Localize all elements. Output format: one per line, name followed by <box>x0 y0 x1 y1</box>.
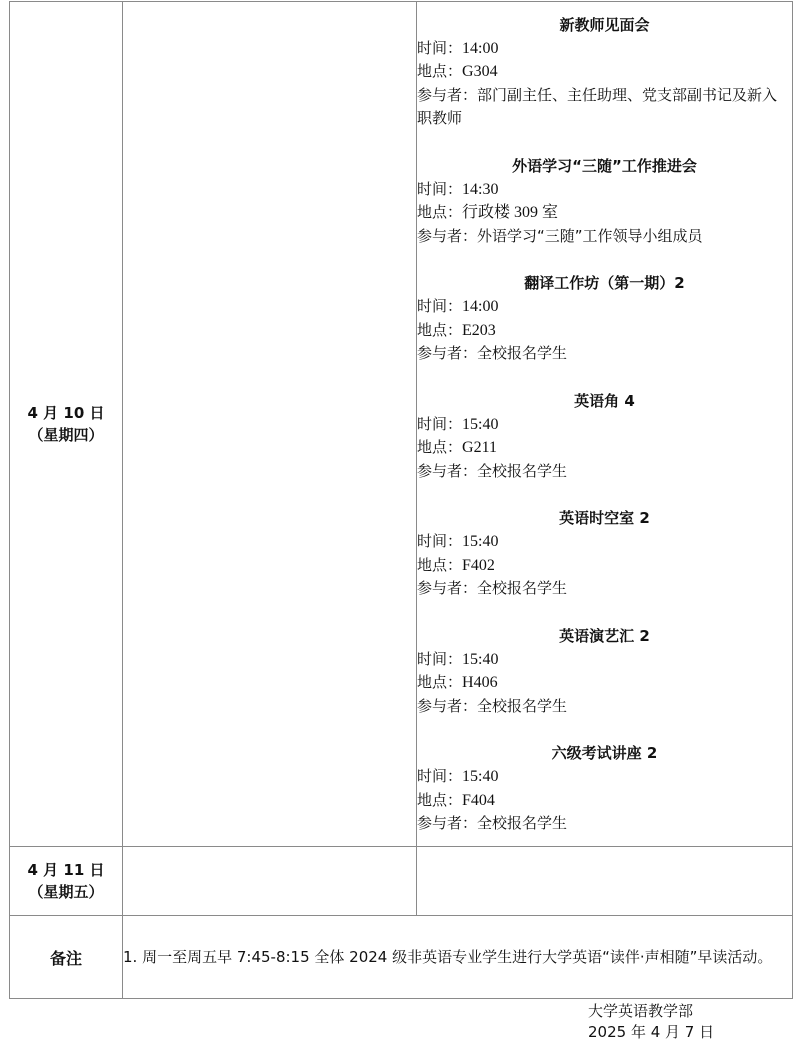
event-time: 时间：15:40 <box>417 765 792 789</box>
event-title: 新教师见面会 <box>417 13 792 37</box>
notes-text: 1. 周一至周五早 7:45-8:15 全体 2024 级非英语专业学生进行大学… <box>123 916 793 999</box>
event-time: 时间：15:40 <box>417 530 792 554</box>
event-title: 外语学习“三随”工作推进会 <box>417 154 792 178</box>
event-title: 六级考试讲座 2 <box>417 741 792 765</box>
event-item: 英语角 4 时间：15:40 地点：G211 参与者：全校报名学生 <box>417 389 792 484</box>
weekday-label: （星期五） <box>10 881 122 903</box>
event-place: 地点：行政楼 309 室 <box>417 201 792 225</box>
event-attendees: 参与者：全校报名学生 <box>417 695 792 719</box>
event-place: 地点：G211 <box>417 436 792 460</box>
event-item: 翻译工作坊（第一期）2 时间：14:00 地点：E203 参与者：全校报名学生 <box>417 271 792 366</box>
date-cell: 4 月 11 日 （星期五） <box>10 847 123 916</box>
event-item: 英语时空室 2 时间：15:40 地点：F402 参与者：全校报名学生 <box>417 506 792 601</box>
event-title: 英语演艺汇 2 <box>417 624 792 648</box>
event-item: 英语演艺汇 2 时间：15:40 地点：H406 参与者：全校报名学生 <box>417 624 792 719</box>
event-title: 英语角 4 <box>417 389 792 413</box>
date-label: 4 月 11 日 <box>10 859 122 881</box>
afternoon-events-cell: 新教师见面会 时间：14:00 地点：G304 参与者：部门副主任、主任助理、党… <box>417 2 793 847</box>
event-attendees: 参与者：全校报名学生 <box>417 342 792 366</box>
date-label: 4 月 10 日 <box>10 402 122 424</box>
signature-department: 大学英语教学部 <box>588 1001 714 1022</box>
weekday-label: （星期四） <box>10 424 122 446</box>
event-item: 六级考试讲座 2 时间：15:40 地点：F404 参与者：全校报名学生 <box>417 741 792 836</box>
event-place: 地点：G304 <box>417 60 792 84</box>
event-item: 外语学习“三随”工作推进会 时间：14:30 地点：行政楼 309 室 参与者：… <box>417 154 792 249</box>
event-attendees: 参与者：全校报名学生 <box>417 460 792 484</box>
signature-date: 2025 年 4 月 7 日 <box>588 1022 714 1043</box>
event-place: 地点：F404 <box>417 789 792 813</box>
event-time: 时间：14:30 <box>417 178 792 202</box>
signature-block: 大学英语教学部 2025 年 4 月 7 日 <box>588 1001 714 1043</box>
event-time: 时间：15:40 <box>417 648 792 672</box>
event-place: 地点：F402 <box>417 554 792 578</box>
weekly-schedule-table: 4 月 10 日 （星期四） 新教师见面会 时间：14:00 地点：G304 参… <box>9 1 793 999</box>
event-place: 地点：H406 <box>417 671 792 695</box>
event-attendees: 参与者：外语学习“三随”工作领导小组成员 <box>417 225 792 249</box>
table-row-apr10: 4 月 10 日 （星期四） 新教师见面会 时间：14:00 地点：G304 参… <box>10 2 793 847</box>
event-attendees: 参与者：全校报名学生 <box>417 812 792 836</box>
event-title: 英语时空室 2 <box>417 506 792 530</box>
morning-events-cell <box>123 847 417 916</box>
event-place: 地点：E203 <box>417 319 792 343</box>
event-time: 时间：15:40 <box>417 413 792 437</box>
event-attendees: 参与者：部门副主任、主任助理、党支部副书记及新入职教师 <box>417 84 792 131</box>
event-item: 新教师见面会 时间：14:00 地点：G304 参与者：部门副主任、主任助理、党… <box>417 13 792 131</box>
event-time: 时间：14:00 <box>417 295 792 319</box>
table-row-apr11: 4 月 11 日 （星期五） <box>10 847 793 916</box>
event-title: 翻译工作坊（第一期）2 <box>417 271 792 295</box>
notes-label: 备注 <box>10 916 123 999</box>
table-row-notes: 备注 1. 周一至周五早 7:45-8:15 全体 2024 级非英语专业学生进… <box>10 916 793 999</box>
afternoon-events-cell <box>417 847 793 916</box>
event-time: 时间：14:00 <box>417 37 792 61</box>
morning-events-cell <box>123 2 417 847</box>
date-cell: 4 月 10 日 （星期四） <box>10 2 123 847</box>
event-attendees: 参与者：全校报名学生 <box>417 577 792 601</box>
